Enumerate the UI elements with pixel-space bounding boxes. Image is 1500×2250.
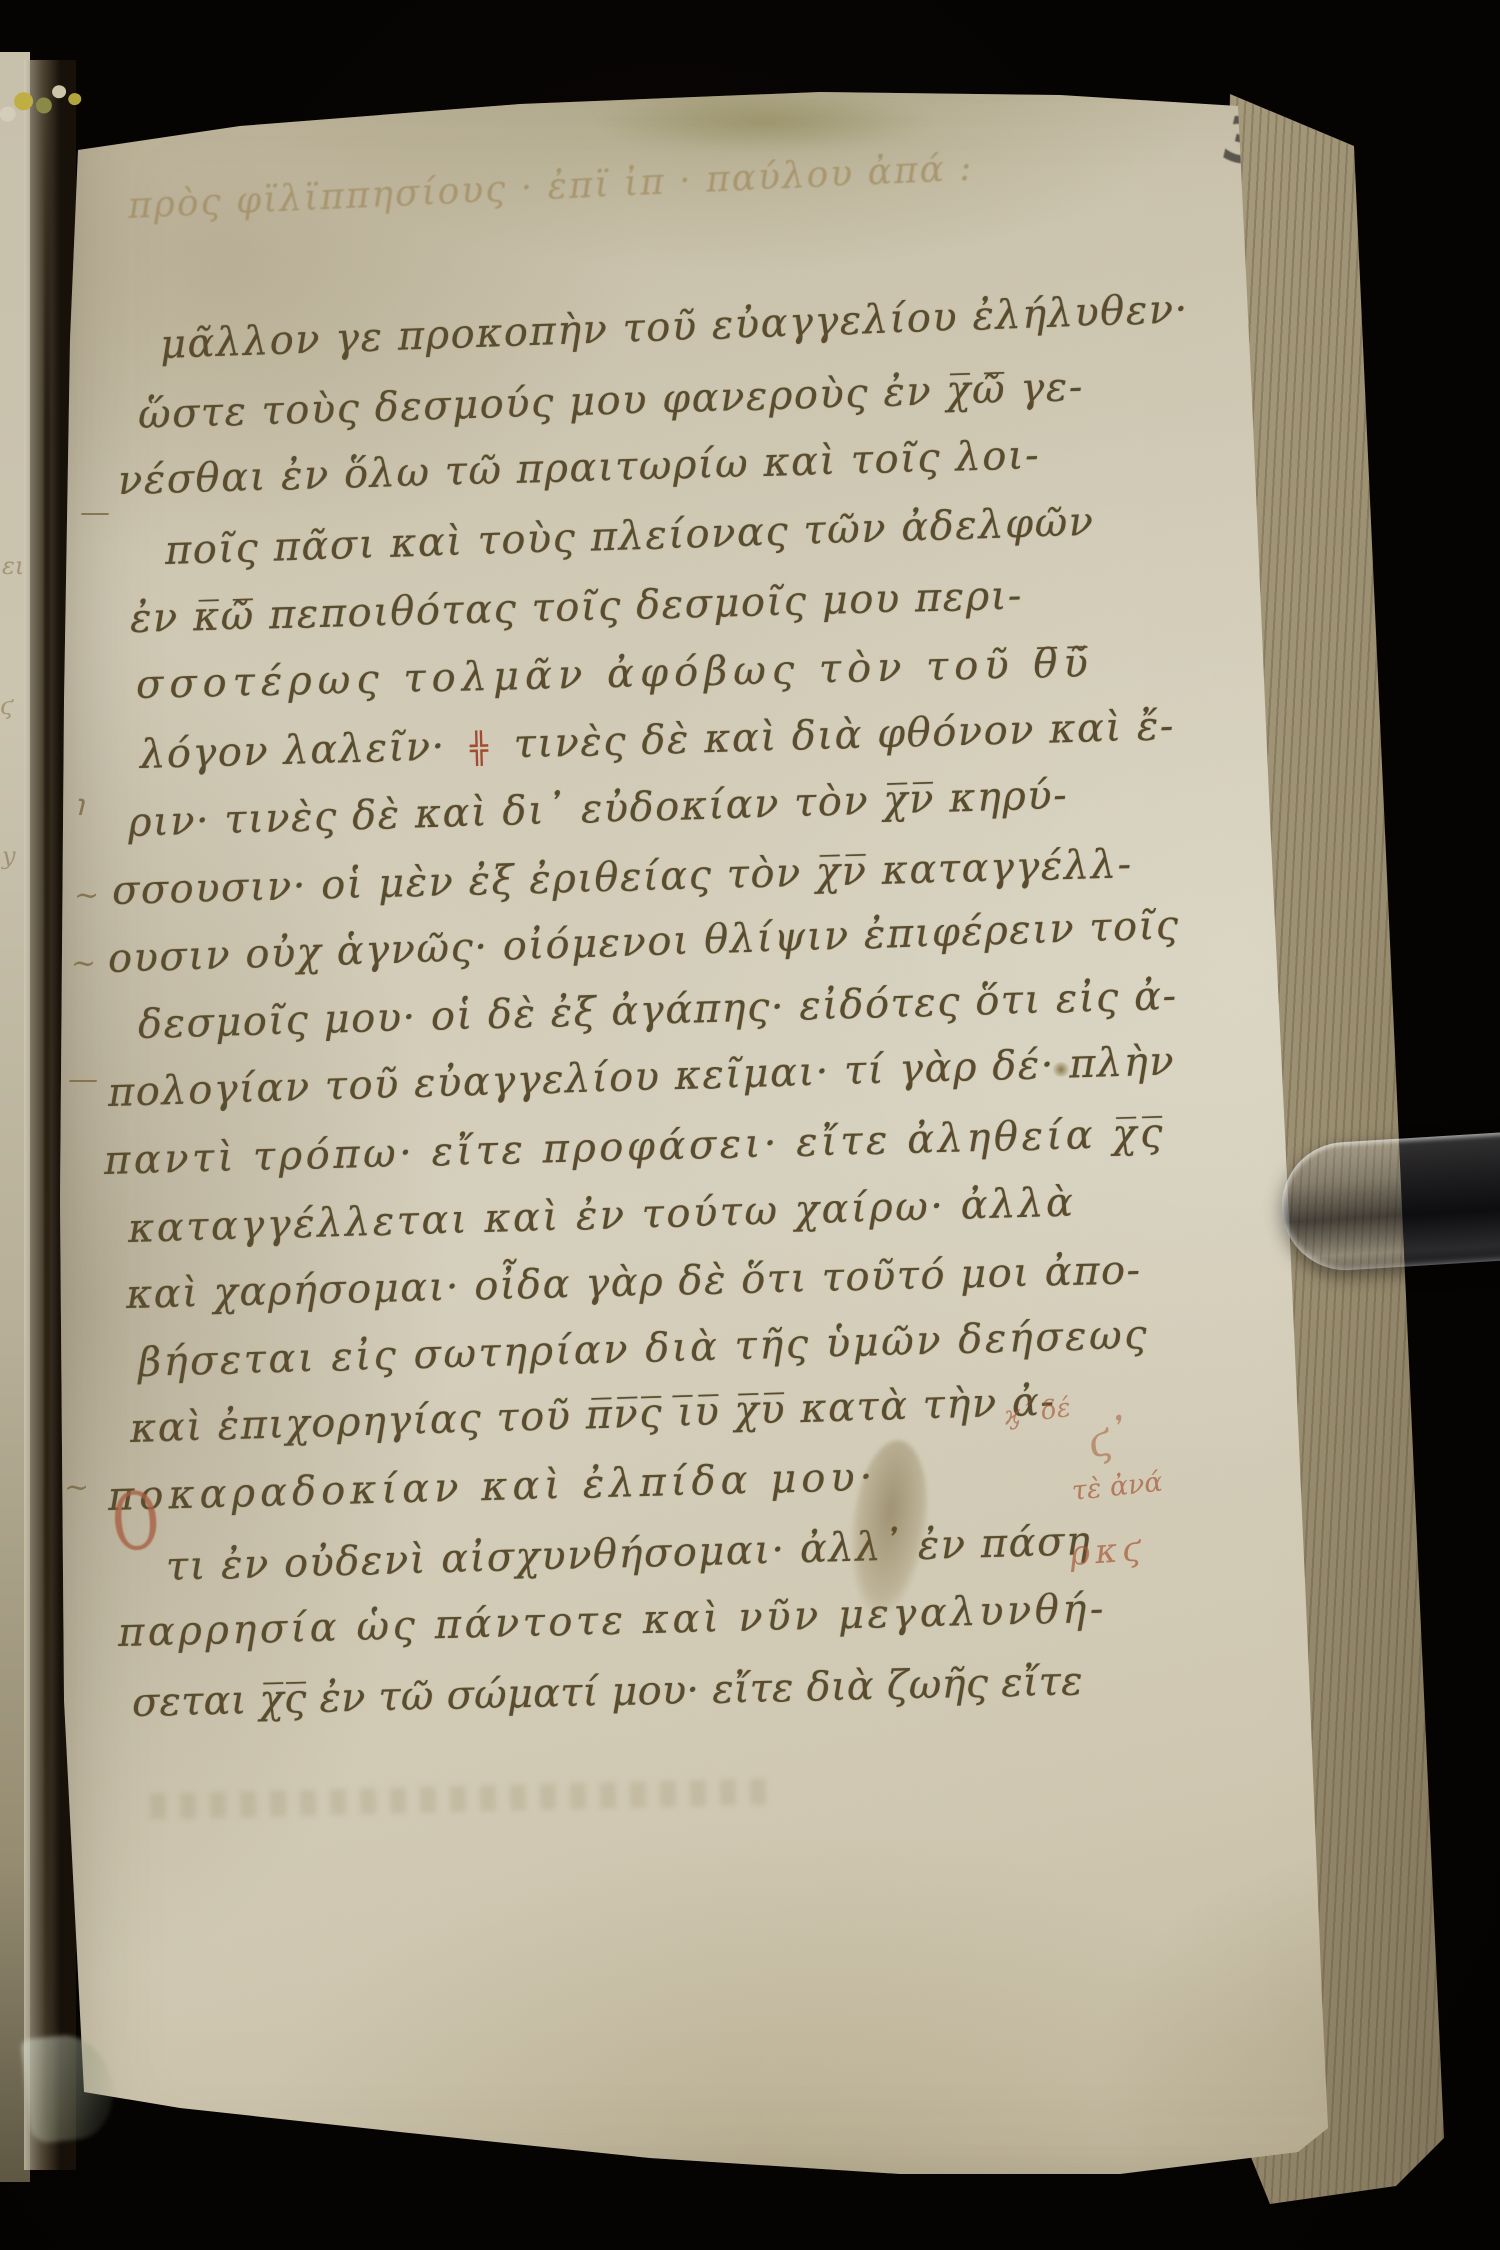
bleedthrough-mark: y [2, 842, 16, 870]
red-note-flourish: ϛ᾿ [1081, 1409, 1137, 1468]
headband-bead [35, 96, 53, 114]
manuscript-photo: { "scene": { "description": "Photograph … [0, 0, 1500, 2250]
text-line-7-after: τινὲς δὲ καὶ διὰ φθόνον καὶ ἔ- [513, 703, 1175, 767]
text-line-16: βήσεται εἰς σωτηρίαν διὰ τῆς ὑμῶν δεήσεω… [137, 1312, 1149, 1386]
running-header: πρὸς φϊλϊππησίους · ἐπϊ ἰπ · παύλου ἀπά … [127, 148, 974, 227]
text-line-6: σσοτέρως τολμᾶν ἀφόβως τὸν τοῦ θ̅ῦ̅ [135, 640, 1094, 708]
bleedthrough-mark: ει [2, 552, 24, 580]
text-line-1: μᾶλλον γε προκοπὴν τοῦ εὐαγγελίου ἐλήλυθ… [159, 286, 1189, 368]
top-edge-stain [600, 92, 930, 152]
red-lection-cross: ╬ [460, 731, 501, 767]
text-line-12: πολογίαν τοῦ εὐαγγελίου κεῖμαι· τί γὰρ δ… [107, 1038, 1175, 1116]
text-line-5: ἐν κ̅ῶ̅ πεποιθότας τοῖς δεσμοῖς μου περι… [129, 573, 1023, 642]
text-line-3: νέσθαι ἐν ὅλω τῶ πραιτωρίω καὶ τοῖς λοι- [117, 432, 1040, 504]
text-line-20: παρρησία ὡς πάντοτε καὶ νῦν μεγαλυνθή- [117, 1586, 1107, 1656]
red-initial-omicron: Ο [108, 1474, 163, 1570]
text-line-19: τι ἐν οὐδενὶ αἰσχυνθήσομαι· ἀλλ᾿ ἐν πάση [165, 1518, 1092, 1590]
bleedthrough-mark: ϛ [0, 692, 13, 720]
text-line-10: ουσιν οὐχ ἁγνῶς· οἰόμενοι θλίψιν ἐπιφέρε… [107, 902, 1180, 982]
text-line-7: λόγον λαλεῖν· ╬ τινὲς δὲ καὶ διὰ φθόνον … [139, 703, 1175, 778]
text-line-9: σσουσιν· οἱ μὲν ἐξ ἐριθείας τὸν χ̅ν̅ κατ… [111, 841, 1133, 914]
left-margin-mark: — [80, 495, 110, 530]
headband-bead [67, 92, 82, 106]
headband-bead [0, 106, 17, 123]
red-note-lection-number: ρκϛ [1069, 1529, 1148, 1574]
show-through-smudge [150, 1778, 770, 1819]
text-line-2: ὥστε τοὺς δεσμούς μου φανεροὺς ἐν χ̅ῶ̅ γ… [137, 364, 1084, 438]
text-line-8: ριν· τινὲς δὲ καὶ δι᾿ εὐδοκίαν τὸν χ̅ν̅ … [127, 772, 1068, 846]
gutter-crease [44, 120, 50, 2120]
headband-bead [13, 91, 34, 111]
text-line-4: ποῖς πᾶσι καὶ τοὺς πλείονας τῶν ἀδελφῶν [164, 499, 1095, 574]
text-line-11: δεσμοῖς μου· οἱ δὲ ἐξ ἀγάπης· εἰδότες ὅτ… [137, 973, 1178, 1048]
text-line-7-before: λόγον λαλεῖν· [139, 723, 446, 778]
red-note-telos-anagnosma: τὲ ἀνά [1070, 1467, 1164, 1507]
left-margin-mark: ~ [64, 1470, 89, 1505]
text-line-21: σεται χ̅ς̅ ἐν τῶ σώματί μου· εἴτε διὰ ζω… [131, 1658, 1083, 1726]
text-line-13: παντὶ τρόπω· εἴτε προφάσει· εἴτε ἀληθεία… [103, 1110, 1166, 1184]
text-line-15: καὶ χαρήσομαι· οἶδα γὰρ δὲ ὅτι τοῦτό μοι… [125, 1247, 1142, 1318]
spot-stain [1052, 1062, 1070, 1077]
headband [0, 71, 114, 156]
left-margin-mark: ℩ [74, 788, 84, 823]
text-line-18: ποκαραδοκίαν καὶ ἐλπίδα μου· [107, 1454, 878, 1520]
left-margin-mark: ~ [74, 878, 99, 913]
text-line-17: καὶ ἐπιχορηγίας τοῦ π̅ν̅ς̅ ι̅υ̅ χ̅υ̅ κατ… [129, 1379, 1056, 1452]
left-margin-mark: ~ [71, 946, 96, 981]
text-line-14: καταγγέλλεται καὶ ἐν τούτω χαίρω· ἀλλὰ [127, 1180, 1076, 1252]
headband-bead [51, 84, 67, 99]
left-margin-mark: — [68, 1062, 98, 1097]
page-holder-clip [1278, 1131, 1500, 1273]
